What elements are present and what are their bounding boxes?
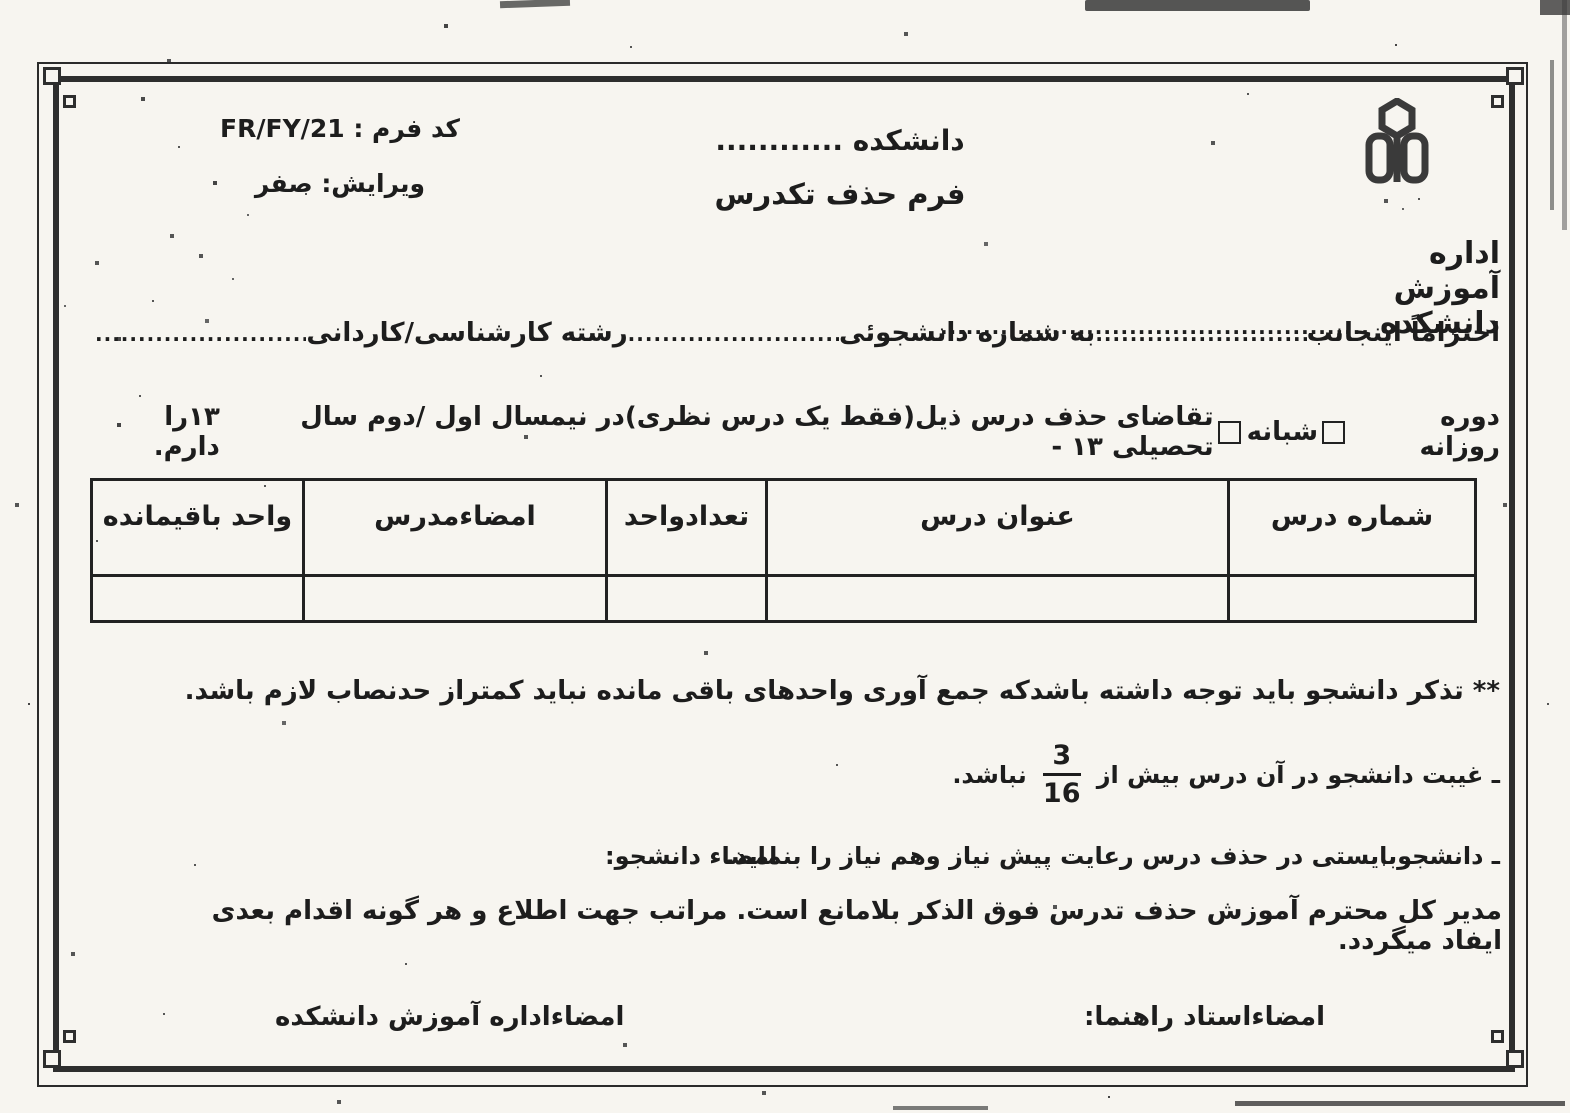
form-title: فرم حذف تکدرس: [615, 177, 1065, 211]
scan-speckles: [0, 0, 2, 2]
fraction-numerator: 3: [1052, 740, 1071, 771]
course-table: شماره درس عنوان درس تعدادواحد امضاءمدرس …: [90, 478, 1477, 623]
table-empty-cell: [1229, 576, 1476, 622]
form-code-block: کد فرم : FR/FY/21 ویرایش: صفر: [140, 116, 540, 196]
fraction-bar: [1043, 773, 1081, 776]
fraction-denominator: 16: [1043, 778, 1081, 809]
student-signature-label: امضاء دانشجو:: [605, 842, 777, 870]
scan-artifact: [500, 0, 570, 8]
applicant-name-fill-in: ........................................…: [1095, 322, 1306, 348]
evening-checkbox: [1218, 421, 1241, 444]
table-empty-cell: [767, 576, 1229, 622]
scan-artifact: [1562, 0, 1567, 230]
academic-year-suffix: ۱۳را دارم.: [100, 402, 220, 462]
applicant-intro-label: احتراماً اینجانب: [1307, 318, 1500, 348]
scan-artifact: [893, 1106, 988, 1110]
table-empty-cell: [304, 576, 607, 622]
frame-corner-ornament: [1491, 95, 1504, 108]
header-instructor-signature: امضاءمدرس: [304, 480, 607, 576]
advisor-signature-label: امضاءاستاد راهنما:: [1084, 1002, 1325, 1032]
scan-artifact: [1235, 1101, 1565, 1106]
absence-note-prefix: ـ غیبت دانشجو در آن درس بیش از: [1097, 761, 1500, 789]
daytime-checkbox: [1322, 421, 1345, 444]
header-remaining-units: واحد باقیمانده: [92, 480, 304, 576]
student-number-label: به شماره دانشجوئی: [839, 318, 1095, 348]
drop-request-text: تقاضای حذف درس ذیل(فقط یک درس نظری)در نی…: [220, 402, 1214, 462]
table-empty-cell: [92, 576, 304, 622]
faculty-office-signature-label: امضاءاداره آموزش دانشکده: [275, 1002, 624, 1032]
faculty-name-line: دانشکده ............: [615, 124, 1065, 157]
scan-artifact: [1085, 0, 1310, 11]
frame-corner-ornament: [43, 67, 61, 85]
form-code-label: کد فرم : FR/FY/21: [140, 116, 540, 141]
scan-artifact: [1550, 60, 1554, 210]
frame-corner-ornament: [1506, 1050, 1524, 1068]
header-course-number: شماره درس: [1229, 480, 1476, 576]
header-unit-count: تعدادواحد: [607, 480, 767, 576]
frame-corner-ornament: [1506, 67, 1524, 85]
absence-note-suffix: نباشد.: [952, 761, 1026, 789]
major-fill-in: ........................................…: [95, 322, 306, 348]
header-course-title: عنوان درس: [767, 480, 1229, 576]
form-title-block: دانشکده ............ فرم حذف تکدرس: [615, 124, 1065, 211]
approval-statement: مدیر کل محترم آموزش حذف تدرس فوق الذکر ب…: [202, 896, 1502, 956]
student-number-fill-in: ........................................…: [628, 322, 839, 348]
daytime-program-label: دوره روزانه: [1363, 402, 1500, 462]
note-minimum-units: ** تذکر دانشجو باید توجه داشته باشدکه جم…: [185, 676, 1500, 706]
table-empty-cell: [607, 576, 767, 622]
period-request-line: دوره روزانه شبانه تقاضای حذف درس ذیل(فقط…: [100, 402, 1500, 462]
table-header-row: شماره درس عنوان درس تعدادواحد امضاءمدرس …: [92, 480, 1476, 576]
absence-fraction: 3 16: [1043, 740, 1081, 809]
major-degree-label: رشته کارشناسی/کاردانی: [306, 318, 627, 348]
applicant-line: احتراماً اینجانب .......................…: [95, 318, 1500, 348]
frame-corner-ornament: [63, 1030, 76, 1043]
frame-corner-ornament: [63, 95, 76, 108]
table-row: [92, 576, 1476, 622]
note-absence-limit: ـ غیبت دانشجو در آن درس بیش از 3 16 نباش…: [952, 740, 1500, 809]
university-emblem-icon: [1352, 98, 1442, 198]
note-prerequisite: ـ دانشجوبایستی در حذف درس رعایت پیش نیاز…: [726, 842, 1500, 870]
frame-corner-ornament: [43, 1050, 61, 1068]
scanned-form-page: کد فرم : FR/FY/21 ویرایش: صفر دانشکده ..…: [0, 0, 1570, 1113]
evening-program-label: شبانه: [1247, 417, 1318, 447]
frame-corner-ornament: [1491, 1030, 1504, 1043]
form-edition-label: ویرایش: صفر: [140, 171, 540, 196]
